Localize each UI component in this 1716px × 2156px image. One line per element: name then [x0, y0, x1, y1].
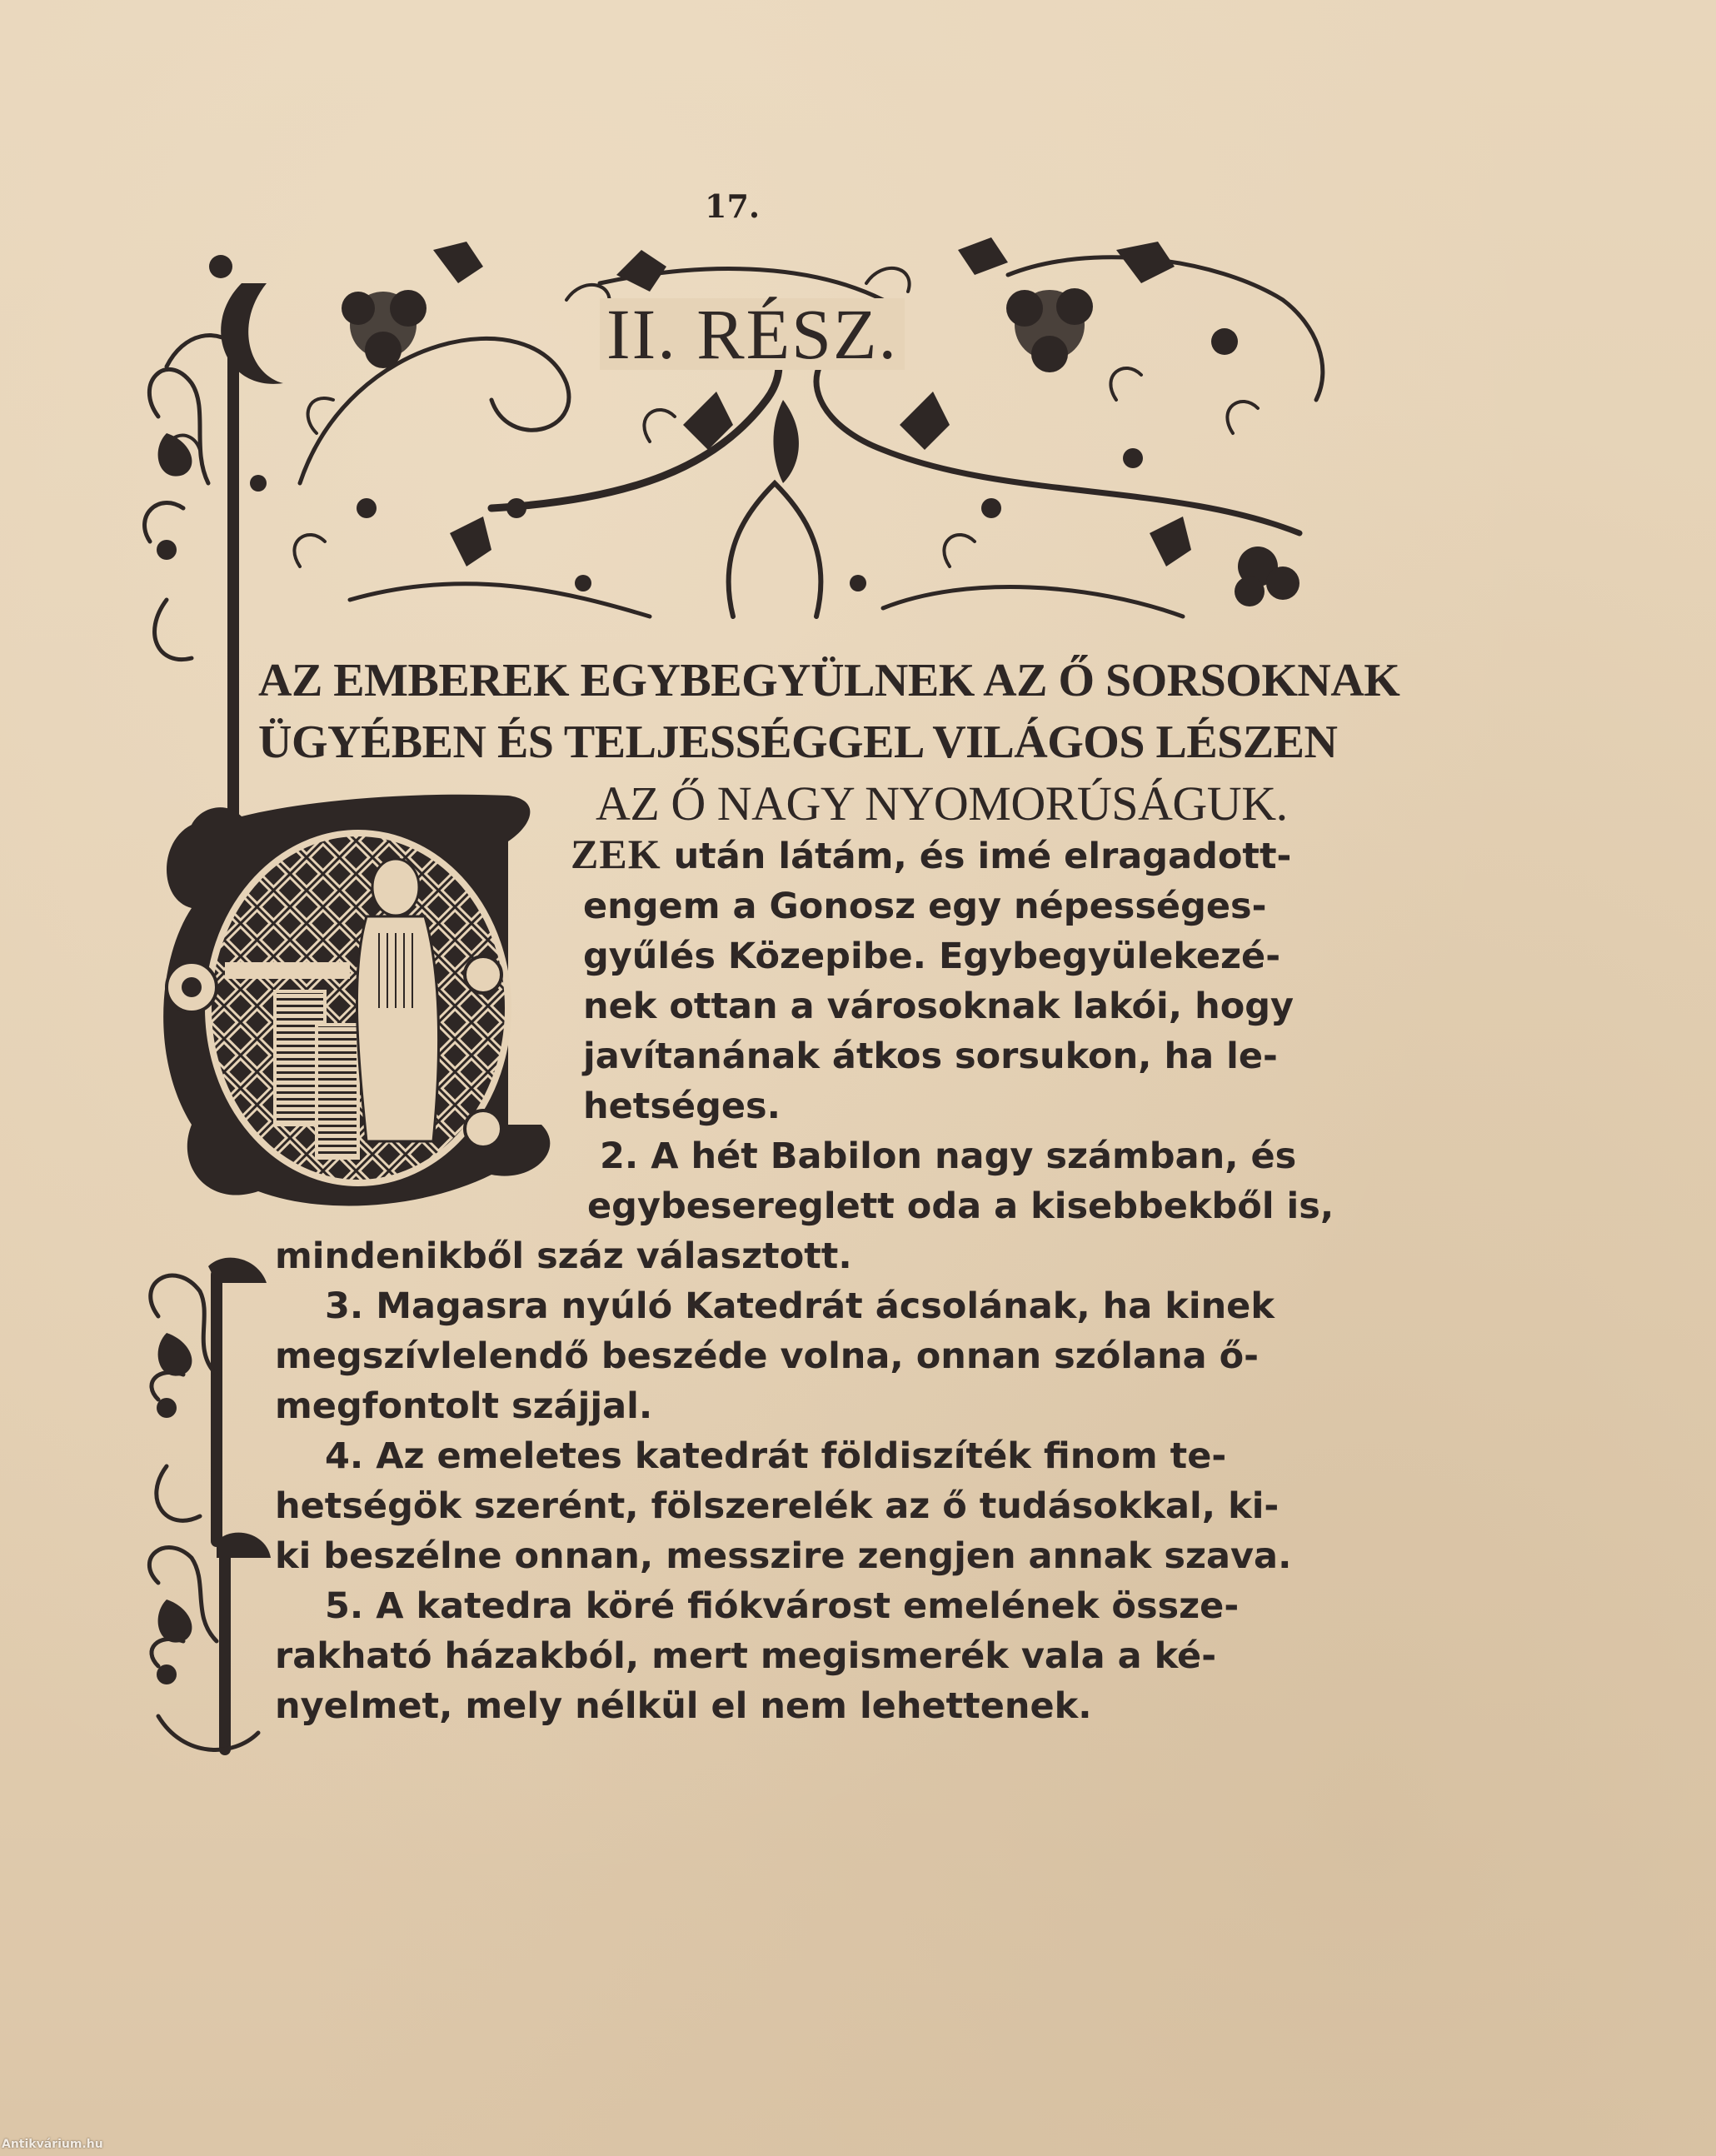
- text-line: gyűlés Közepibe. Egybegyülekezé-: [275, 931, 1333, 981]
- text-line: 3. Magasra nyúló Katedrát ácsolának, ha …: [275, 1281, 1333, 1331]
- text-line: hetséges.: [275, 1081, 1333, 1131]
- text-line: nyelmet, mely nélkül el nem lehettenek.: [275, 1681, 1333, 1731]
- drop-cap-continuation: ZEK: [571, 831, 661, 877]
- text-line: megfontolt szájjal.: [275, 1381, 1333, 1431]
- chapter-heading-line: ÜGYÉBEN ÉS TELJESSÉGGEL VILÁGOS LÉSZEN: [258, 711, 1324, 773]
- floral-header-ornament: [133, 233, 1341, 625]
- chapter-heading-line: AZ EMBEREK EGYBEGYÜLNEK AZ Ő SORSOKNAK: [258, 650, 1324, 711]
- text-line: ki beszélne onnan, messzire zengjen anna…: [275, 1531, 1333, 1581]
- text-line: rakható házakból, mert megismerék vala a…: [275, 1631, 1333, 1681]
- text-line: 5. A katedra köré fiókvárost emelének ös…: [275, 1581, 1333, 1631]
- book-page: 17.: [0, 0, 1716, 2156]
- text-line: engem a Gonosz egy népességes-: [275, 881, 1333, 931]
- text-line: mindenikből száz választott.: [275, 1231, 1333, 1281]
- text-line: egybesereglett oda a kisebbekből is,: [275, 1181, 1333, 1231]
- text-line: 2. A hét Babilon nagy számban, és: [275, 1131, 1333, 1181]
- text-line: megszívlelendő beszéde volna, onnan szól…: [275, 1331, 1333, 1381]
- part-title: II. RÉSZ.: [600, 298, 905, 370]
- text-line: nek ottan a városoknak lakói, hogy: [275, 981, 1333, 1031]
- text-line: hetségök szerént, fölszerelék az ő tudás…: [275, 1481, 1333, 1531]
- body-text: ZEK után látám, és imé elragadott- engem…: [275, 829, 1333, 1731]
- text-line: ZEK után látám, és imé elragadott-: [275, 829, 1333, 881]
- text-line: javítanának átkos sorsukon, ha le-: [275, 1031, 1333, 1081]
- page-number: 17.: [705, 187, 760, 225]
- watermark: Antikvárium.hu: [2, 2138, 103, 2151]
- text-line: 4. Az emeletes katedrát földiszíték fino…: [275, 1431, 1333, 1481]
